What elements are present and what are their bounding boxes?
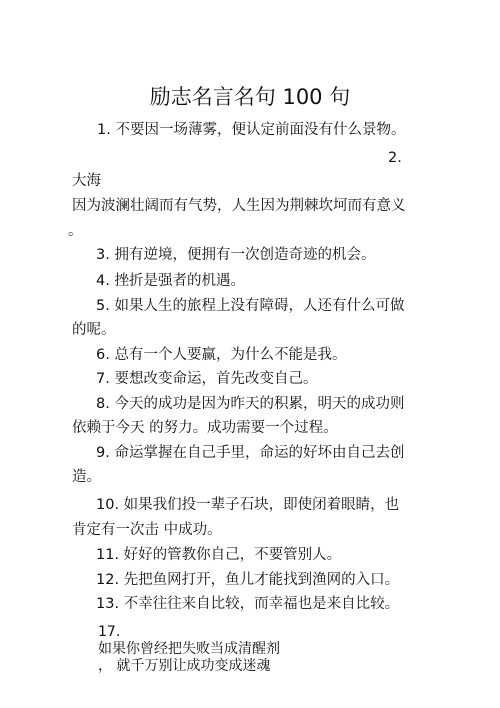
quote-2-line-a: 大海 xyxy=(72,172,101,190)
quote-13: 13. 不幸往往来自比较，而幸福也是来自比较。 xyxy=(96,595,399,613)
quote-6: 6. 总有一个人要赢，为什么不能是我。 xyxy=(96,346,346,364)
quote-5-line-b: 的呢。 xyxy=(72,321,116,339)
quote-2-number: 2. xyxy=(388,149,402,167)
quote-10-line-a: 10. 如果我们投一辈子石块，即使闭着眼睛，也 xyxy=(96,496,399,514)
quote-5-line-a: 5. 如果人生的旅程上没有障碍，人还有什么可做 xyxy=(96,297,404,315)
quote-17-line-a: 如果你曾经把失败当成清醒剂 xyxy=(98,640,280,658)
quote-17-number: 17. xyxy=(98,623,120,641)
document-page: 励志名言名句 100 句 1. 不要因一场薄雾，便认定前面没有什么景物。 2. … xyxy=(0,0,500,708)
quote-17-line-b: ， 就千万别让成功变成迷魂 xyxy=(98,657,270,675)
quote-9-line-b: 造。 xyxy=(72,468,101,486)
quote-9-line-a: 9. 命运掌握在自己手里，命运的好坏由自己去创 xyxy=(96,444,404,462)
quote-10-line-b: 肯定有一次击 中成功。 xyxy=(72,521,222,539)
document-title: 励志名言名句 100 句 xyxy=(0,84,500,110)
quote-2-line-c: 。 xyxy=(68,222,83,240)
quote-11: 11. 好好的管教你自己，不要管别人。 xyxy=(96,546,341,564)
quote-8-line-b: 依赖于今天 的努力。成功需要一个过程。 xyxy=(72,419,338,437)
quote-12: 12. 先把鱼网打开，鱼儿才能找到渔网的入口。 xyxy=(96,571,399,589)
quote-1: 1. 不要因一场薄雾，便认定前面没有什么景物。 xyxy=(97,121,405,139)
quote-4: 4. 挫折是强者的机遇。 xyxy=(96,272,245,290)
quote-2-line-b: 因为波澜壮阔而有气势，人生因为荆棘坎坷而有意义 xyxy=(72,197,406,215)
quote-7: 7. 要想改变命运，首先改变自己。 xyxy=(96,370,317,388)
quote-8-line-a: 8. 今天的成功是因为昨天的积累，明天的成功则 xyxy=(96,395,404,413)
quote-3: 3. 拥有逆境，便拥有一次创造奇迹的机会。 xyxy=(96,246,375,264)
